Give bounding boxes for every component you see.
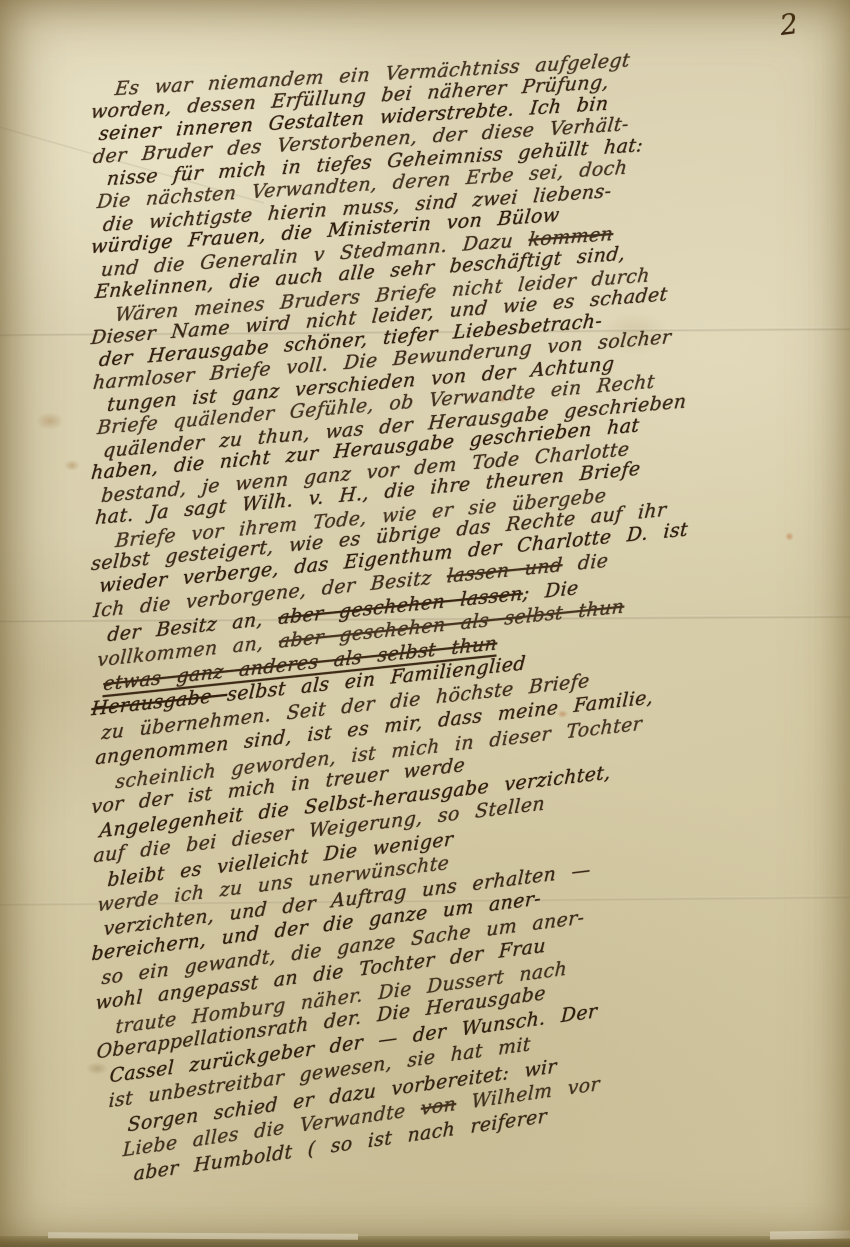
handwritten-text: die xyxy=(562,549,610,576)
letter-body: Es war niemandem ein Vermächtniss aufgel… xyxy=(92,0,832,1247)
manuscript-page: 2 Es war niemandem ein Vermächtniss aufg… xyxy=(0,0,850,1247)
paper-stain xyxy=(36,412,64,430)
struck-text: von xyxy=(420,1092,456,1119)
paper-stain xyxy=(64,460,80,471)
page-number: 2 xyxy=(778,7,800,42)
paper-edge-sliver xyxy=(770,1230,850,1239)
